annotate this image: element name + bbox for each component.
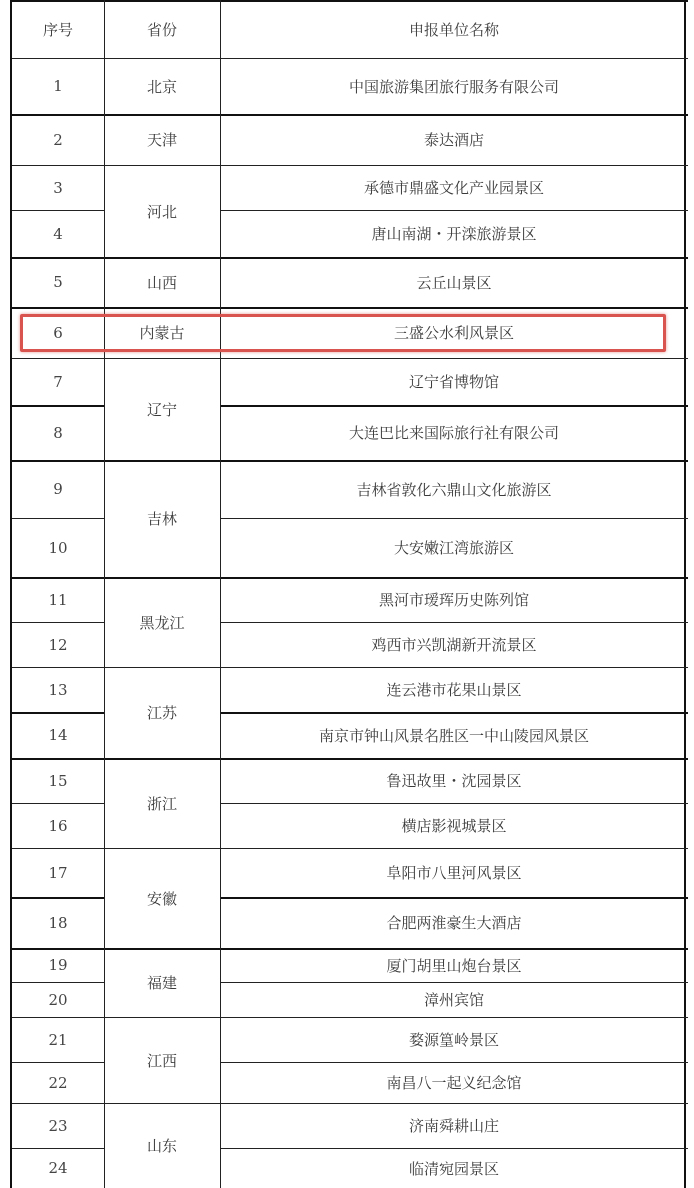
group-divider <box>12 848 688 849</box>
row-number: 4 <box>12 210 104 257</box>
row-divider <box>220 518 688 519</box>
unit-name: 云丘山景区 <box>220 257 688 307</box>
unit-name: 阜阳市八里河风景区 <box>220 848 688 897</box>
row-number: 16 <box>12 803 104 848</box>
column-divider <box>104 0 105 1188</box>
row-number: 19 <box>12 948 104 982</box>
row-divider <box>12 1062 104 1063</box>
group-divider <box>12 58 688 59</box>
group-divider <box>12 307 688 309</box>
row-divider <box>12 622 104 623</box>
unit-name: 婺源篁岭景区 <box>220 1017 688 1062</box>
row-divider <box>12 405 104 407</box>
province-cell: 黑龙江 <box>104 577 220 667</box>
row-divider <box>12 803 104 804</box>
row-number: 3 <box>12 165 104 210</box>
unit-name: 济南舜耕山庄 <box>220 1103 688 1148</box>
unit-name: 大连巴比来国际旅行社有限公司 <box>220 405 688 460</box>
header-province: 省份 <box>104 0 220 58</box>
row-divider <box>220 622 688 623</box>
unit-name: 辽宁省博物馆 <box>220 358 688 405</box>
unit-name: 唐山南湖・开滦旅游景区 <box>220 210 688 257</box>
row-number: 24 <box>12 1148 104 1188</box>
row-number: 17 <box>12 848 104 897</box>
highlight-box-row-6 <box>20 314 666 352</box>
province-cell: 山东 <box>104 1103 220 1188</box>
province-cell: 安徽 <box>104 848 220 948</box>
row-divider <box>220 1062 688 1063</box>
row-number: 9 <box>12 460 104 518</box>
row-number: 8 <box>12 405 104 460</box>
row-number: 14 <box>12 712 104 758</box>
unit-name: 鸡西市兴凯湖新开流景区 <box>220 622 688 667</box>
row-divider <box>12 518 104 519</box>
row-number: 10 <box>12 518 104 577</box>
unit-name: 鲁迅故里・沈园景区 <box>220 758 688 803</box>
row-divider <box>12 1148 104 1149</box>
row-number: 22 <box>12 1062 104 1103</box>
group-divider <box>12 1017 688 1018</box>
group-divider <box>12 1103 688 1104</box>
unit-name: 南京市钟山风景名胜区一中山陵园风景区 <box>220 712 688 758</box>
row-number: 2 <box>12 114 104 165</box>
row-divider <box>220 1148 688 1149</box>
row-divider <box>220 982 688 983</box>
group-divider <box>12 460 688 462</box>
header-unit-name: 申报单位名称 <box>220 0 688 58</box>
province-cell: 北京 <box>104 58 220 114</box>
group-divider <box>12 358 688 359</box>
province-cell: 天津 <box>104 114 220 165</box>
header-no: 序号 <box>12 0 104 58</box>
row-divider <box>12 897 104 899</box>
province-cell: 辽宁 <box>104 358 220 460</box>
group-divider <box>12 165 688 166</box>
province-cell: 浙江 <box>104 758 220 848</box>
unit-name: 厦门胡里山炮台景区 <box>220 948 688 982</box>
row-divider <box>220 405 688 407</box>
group-divider <box>12 257 688 259</box>
row-divider <box>12 210 104 211</box>
row-divider <box>12 712 104 714</box>
unit-name: 大安嫩江湾旅游区 <box>220 518 688 577</box>
row-number: 12 <box>12 622 104 667</box>
unit-name: 南昌八一起义纪念馆 <box>220 1062 688 1103</box>
group-divider <box>12 758 688 760</box>
province-cell: 江西 <box>104 1017 220 1103</box>
row-divider <box>220 210 688 211</box>
unit-name: 中国旅游集团旅行服务有限公司 <box>220 58 688 114</box>
row-number: 13 <box>12 667 104 712</box>
row-number: 7 <box>12 358 104 405</box>
row-divider <box>220 897 688 899</box>
group-divider <box>12 948 688 950</box>
row-number: 20 <box>12 982 104 1017</box>
unit-name: 承德市鼎盛文化产业园景区 <box>220 165 688 210</box>
row-number: 15 <box>12 758 104 803</box>
table-top-border <box>12 0 688 2</box>
row-number: 21 <box>12 1017 104 1062</box>
unit-name: 连云港市花果山景区 <box>220 667 688 712</box>
row-number: 11 <box>12 577 104 622</box>
province-cell: 河北 <box>104 165 220 257</box>
row-number: 5 <box>12 257 104 307</box>
row-divider <box>220 712 688 714</box>
province-cell: 吉林 <box>104 460 220 577</box>
unit-name: 黑河市瑷珲历史陈列馆 <box>220 577 688 622</box>
unit-name: 合肥两淮豪生大酒店 <box>220 897 688 948</box>
unit-name: 吉林省敦化六鼎山文化旅游区 <box>220 460 688 518</box>
row-divider <box>12 982 104 983</box>
province-cell: 江苏 <box>104 667 220 758</box>
unit-name: 漳州宾馆 <box>220 982 688 1017</box>
row-divider <box>220 803 688 804</box>
group-divider <box>12 667 688 668</box>
tourism-units-table: 序号省份申报单位名称1中国旅游集团旅行服务有限公司2泰达酒店3承德市鼎盛文化产业… <box>10 0 686 1188</box>
row-number: 1 <box>12 58 104 114</box>
column-divider <box>220 0 221 1188</box>
province-cell: 山西 <box>104 257 220 307</box>
group-divider <box>12 577 688 579</box>
group-divider <box>12 114 688 116</box>
unit-name: 泰达酒店 <box>220 114 688 165</box>
unit-name: 横店影视城景区 <box>220 803 688 848</box>
unit-name: 临清宛园景区 <box>220 1148 688 1188</box>
province-cell: 福建 <box>104 948 220 1017</box>
row-number: 23 <box>12 1103 104 1148</box>
row-number: 18 <box>12 897 104 948</box>
